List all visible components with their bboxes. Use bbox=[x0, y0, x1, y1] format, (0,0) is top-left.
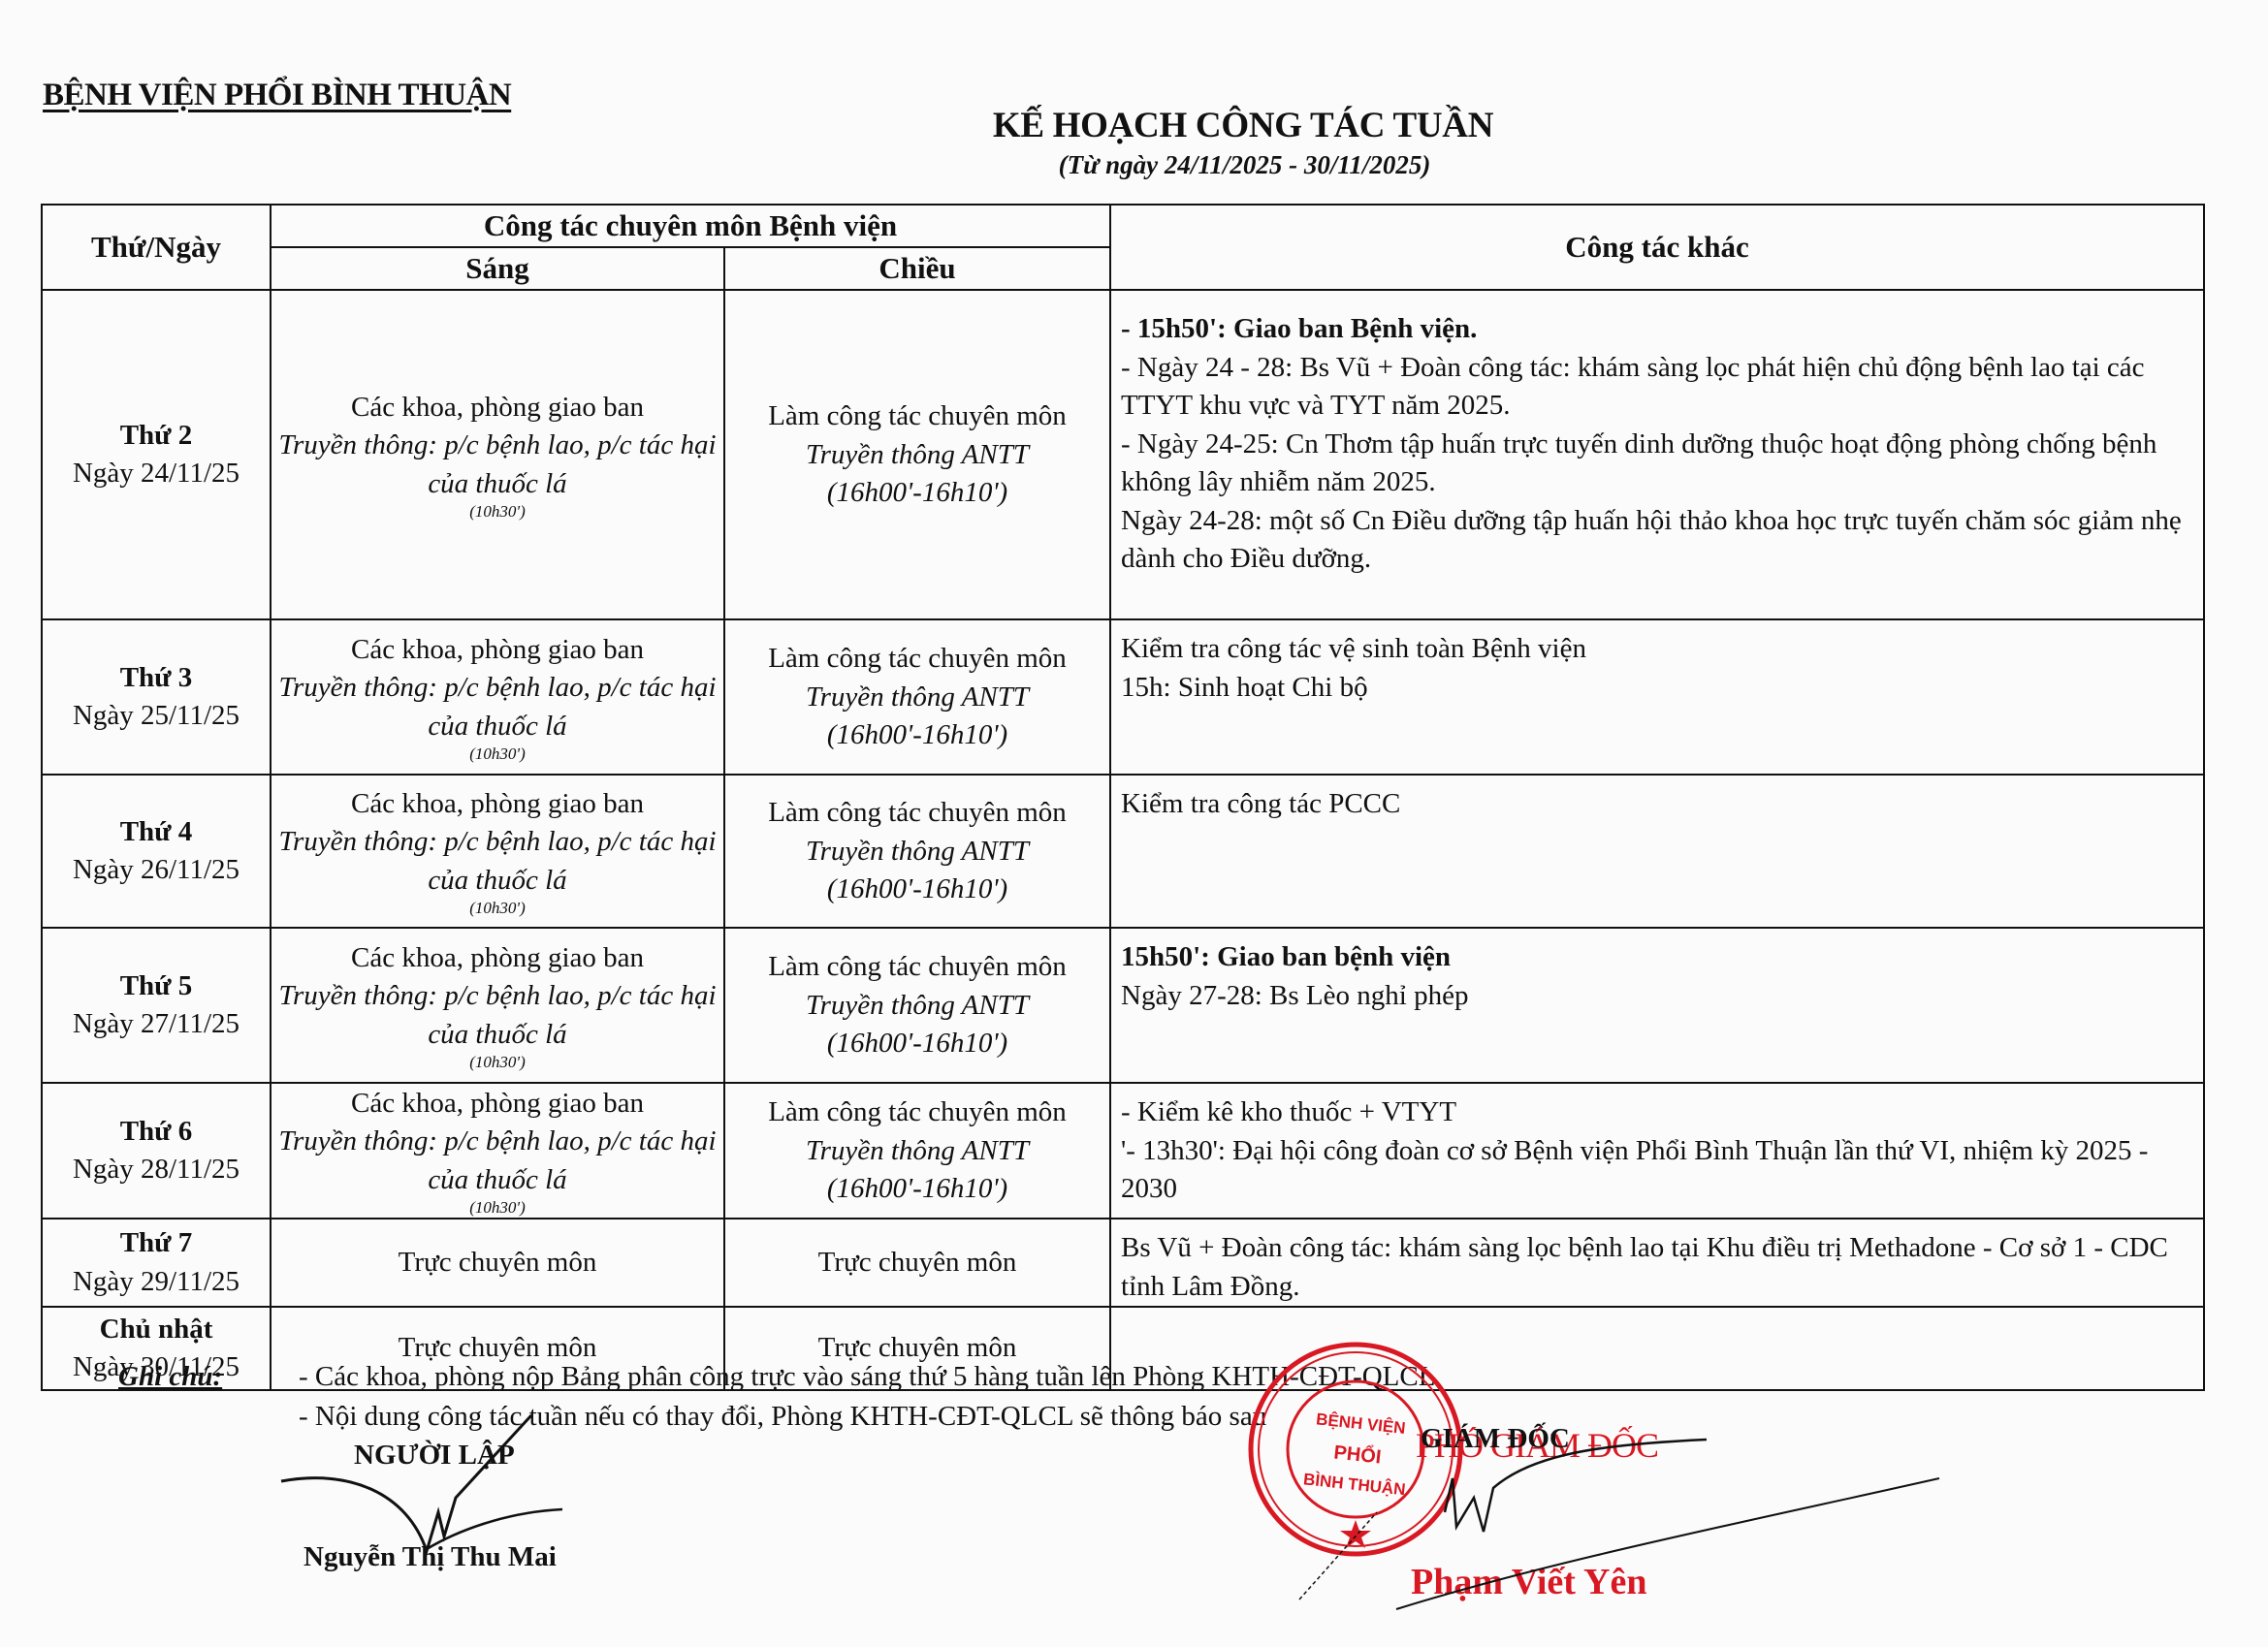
day-name: Chủ nhật bbox=[47, 1311, 266, 1348]
morning-cell: Trực chuyên môn bbox=[271, 1219, 724, 1307]
other-task: Ngày 24-28: một số Cn Điều dưỡng tập huấ… bbox=[1121, 502, 2199, 579]
afternoon-cell: Làm công tác chuyên môn Truyền thông ANT… bbox=[724, 290, 1110, 619]
morning-line1: Các khoa, phòng giao ban bbox=[275, 1085, 719, 1123]
morning-cell: Các khoa, phòng giao ban Truyền thông: p… bbox=[271, 619, 724, 775]
header-other: Công tác khác bbox=[1110, 205, 2204, 290]
morning-cell: Các khoa, phòng giao ban Truyền thông: p… bbox=[271, 290, 724, 619]
morning-time: (10h30') bbox=[275, 503, 719, 522]
header-afternoon: Chiều bbox=[724, 247, 1110, 290]
morning-line2: Truyền thông: p/c bệnh lao, p/c tác hại … bbox=[275, 1123, 719, 1199]
afternoon-line1: Làm công tác chuyên môn bbox=[729, 1093, 1105, 1131]
other-task: - Ngày 24 - 28: Bs Vũ + Đoàn công tác: k… bbox=[1121, 349, 2199, 426]
day-date: Ngày 28/11/25 bbox=[47, 1151, 266, 1188]
morning-line2: Truyền thông: p/c bệnh lao, p/c tác hại … bbox=[275, 977, 719, 1054]
afternoon-time: (16h00'-16h10') bbox=[729, 1025, 1105, 1062]
afternoon-line2: Truyền thông ANTT bbox=[729, 833, 1105, 871]
morning-line2: Truyền thông: p/c bệnh lao, p/c tác hại … bbox=[275, 823, 719, 900]
day-date: Ngày 25/11/25 bbox=[47, 697, 266, 735]
morning-line1: Các khoa, phòng giao ban bbox=[275, 631, 719, 669]
morning-time: (10h30') bbox=[275, 745, 719, 764]
day-date: Ngày 26/11/25 bbox=[47, 851, 266, 889]
deputy-director-name: Phạm Viết Yên bbox=[1411, 1561, 1646, 1603]
header-professional: Công tác chuyên môn Bệnh viện bbox=[271, 205, 1110, 247]
table-row: Thứ 6 Ngày 28/11/25 Các khoa, phòng giao… bbox=[42, 1083, 2204, 1219]
afternoon-line2: Truyền thông ANTT bbox=[729, 1132, 1105, 1170]
table-row: Thứ 7 Ngày 29/11/25 Trực chuyên môn Trực… bbox=[42, 1219, 2204, 1307]
other-task: Kiểm tra công tác PCCC bbox=[1121, 785, 2199, 823]
other-task: - 15h50': Giao ban Bệnh viện. bbox=[1121, 310, 2199, 348]
other-task: Kiểm tra công tác vệ sinh toàn Bệnh viện bbox=[1121, 630, 2199, 668]
morning-cell: Các khoa, phòng giao ban Truyền thông: p… bbox=[271, 1083, 724, 1219]
table-row: Thứ 2 Ngày 24/11/25 Các khoa, phòng giao… bbox=[42, 290, 2204, 619]
morning-line1: Các khoa, phòng giao ban bbox=[275, 939, 719, 977]
day-date: Ngày 27/11/25 bbox=[47, 1005, 266, 1043]
afternoon-cell: Làm công tác chuyên môn Truyền thông ANT… bbox=[724, 619, 1110, 775]
other-cell: - 15h50': Giao ban Bệnh viện.- Ngày 24 -… bbox=[1110, 290, 2204, 619]
afternoon-time: (16h00'-16h10') bbox=[729, 716, 1105, 754]
afternoon-line1: Làm công tác chuyên môn bbox=[729, 640, 1105, 678]
morning-line2: Truyền thông: p/c bệnh lao, p/c tác hại … bbox=[275, 427, 719, 503]
table-row: Thứ 3 Ngày 25/11/25 Các khoa, phòng giao… bbox=[42, 619, 2204, 775]
morning-line1: Các khoa, phòng giao ban bbox=[275, 389, 719, 427]
morning-time: (10h30') bbox=[275, 900, 719, 918]
afternoon-line1: Làm công tác chuyên môn bbox=[729, 794, 1105, 832]
day-name: Thứ 4 bbox=[47, 813, 266, 851]
morning-cell: Các khoa, phòng giao ban Truyền thông: p… bbox=[271, 928, 724, 1083]
table-row: Thứ 4 Ngày 26/11/25 Các khoa, phòng giao… bbox=[42, 775, 2204, 928]
afternoon-time: (16h00'-16h10') bbox=[729, 871, 1105, 908]
other-task: 15h50': Giao ban bệnh viện bbox=[1121, 938, 2199, 976]
date-range: (Từ ngày 24/11/2025 - 30/11/2025) bbox=[0, 150, 2268, 180]
weekly-schedule-table: Thứ/Ngày Công tác chuyên môn Bệnh viện C… bbox=[41, 204, 2205, 1391]
afternoon-time: (16h00'-16h10') bbox=[729, 474, 1105, 512]
morning-cell: Các khoa, phòng giao ban Truyền thông: p… bbox=[271, 775, 724, 928]
afternoon-cell: Làm công tác chuyên môn Truyền thông ANT… bbox=[724, 928, 1110, 1083]
day-cell: Thứ 7 Ngày 29/11/25 bbox=[42, 1219, 271, 1307]
day-name: Thứ 6 bbox=[47, 1113, 266, 1151]
afternoon-line2: Truyền thông ANTT bbox=[729, 436, 1105, 474]
afternoon-line2: Truyền thông ANTT bbox=[729, 987, 1105, 1025]
notes-label: Ghi chú: bbox=[118, 1357, 222, 1397]
other-task: '- 13h30': Đại hội công đoàn cơ sở Bệnh … bbox=[1121, 1132, 2199, 1209]
table-row: Thứ 5 Ngày 27/11/25 Các khoa, phòng giao… bbox=[42, 928, 2204, 1083]
director-title: GIÁM ĐỐC bbox=[1421, 1423, 1570, 1455]
afternoon-line2: Truyền thông ANTT bbox=[729, 679, 1105, 716]
day-cell: Thứ 3 Ngày 25/11/25 bbox=[42, 619, 271, 775]
day-name: Thứ 3 bbox=[47, 659, 266, 697]
day-date: Ngày 29/11/25 bbox=[47, 1263, 266, 1301]
afternoon-line1: Làm công tác chuyên môn bbox=[729, 397, 1105, 435]
morning-line2: Truyền thông: p/c bệnh lao, p/c tác hại … bbox=[275, 669, 719, 745]
afternoon-cell: Làm công tác chuyên môn Truyền thông ANT… bbox=[724, 775, 1110, 928]
other-task: Bs Vũ + Đoàn công tác: khám sàng lọc bện… bbox=[1121, 1229, 2199, 1306]
preparer-title: NGƯỜI LẬP bbox=[354, 1440, 515, 1472]
other-cell: - Kiểm kê kho thuốc + VTYT'- 13h30': Đại… bbox=[1110, 1083, 2204, 1219]
day-name: Thứ 2 bbox=[47, 417, 266, 455]
morning-time: (10h30') bbox=[275, 1199, 719, 1218]
other-cell: Kiểm tra công tác PCCC bbox=[1110, 775, 2204, 928]
day-name: Thứ 7 bbox=[47, 1224, 266, 1262]
header-day: Thứ/Ngày bbox=[42, 205, 271, 290]
afternoon-line1: Trực chuyên môn bbox=[729, 1244, 1105, 1282]
other-task: Ngày 27-28: Bs Lèo nghỉ phép bbox=[1121, 977, 2199, 1015]
day-name: Thứ 5 bbox=[47, 967, 266, 1005]
afternoon-cell: Làm công tác chuyên môn Truyền thông ANT… bbox=[724, 1083, 1110, 1219]
document-title: KẾ HOẠCH CÔNG TÁC TUẦN bbox=[0, 105, 2268, 146]
afternoon-line1: Làm công tác chuyên môn bbox=[729, 948, 1105, 986]
morning-line1: Trực chuyên môn bbox=[275, 1244, 719, 1282]
preparer-name: Nguyễn Thị Thu Mai bbox=[303, 1541, 557, 1573]
document-title-block: KẾ HOẠCH CÔNG TÁC TUẦN (Từ ngày 24/11/20… bbox=[0, 105, 2268, 180]
stamp-text: BỆNH VIỆN PHỔI BÌNH THUẬN bbox=[1300, 1406, 1416, 1505]
day-cell: Thứ 5 Ngày 27/11/25 bbox=[42, 928, 271, 1083]
other-task: 15h: Sinh hoạt Chi bộ bbox=[1121, 669, 2199, 707]
morning-time: (10h30') bbox=[275, 1054, 719, 1072]
other-cell: Kiểm tra công tác vệ sinh toàn Bệnh viện… bbox=[1110, 619, 2204, 775]
other-cell: Bs Vũ + Đoàn công tác: khám sàng lọc bện… bbox=[1110, 1219, 2204, 1307]
morning-line1: Các khoa, phòng giao ban bbox=[275, 785, 719, 823]
day-cell: Thứ 2 Ngày 24/11/25 bbox=[42, 290, 271, 619]
other-task: - Kiểm kê kho thuốc + VTYT bbox=[1121, 1093, 2199, 1131]
day-cell: Thứ 4 Ngày 26/11/25 bbox=[42, 775, 271, 928]
afternoon-cell: Trực chuyên môn bbox=[724, 1219, 1110, 1307]
day-date: Ngày 24/11/25 bbox=[47, 455, 266, 492]
header-morning: Sáng bbox=[271, 247, 724, 290]
other-cell: 15h50': Giao ban bệnh việnNgày 27-28: Bs… bbox=[1110, 928, 2204, 1083]
other-task: - Ngày 24-25: Cn Thơm tập huấn trực tuyế… bbox=[1121, 426, 2199, 502]
afternoon-time: (16h00'-16h10') bbox=[729, 1170, 1105, 1208]
day-cell: Thứ 6 Ngày 28/11/25 bbox=[42, 1083, 271, 1219]
